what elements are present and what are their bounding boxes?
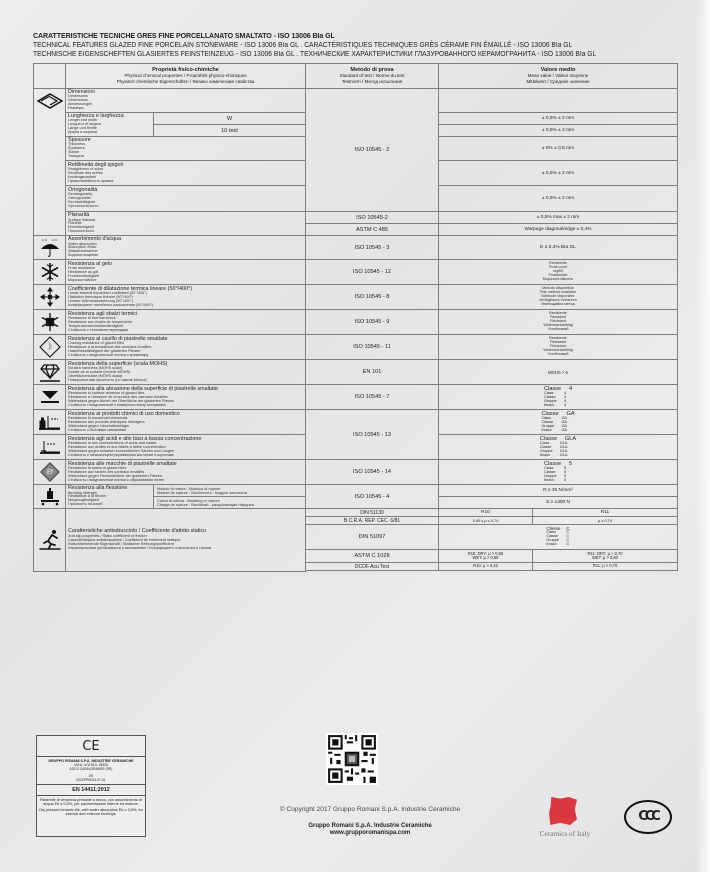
title-english-french: TECHNICAL FEATURES GLAZED FINE PORCELAIN… — [33, 40, 614, 49]
value-warpage: Warpage diagonal/edge ± 0,4% — [439, 224, 678, 236]
method-iso-10545-3: ISO 10545 - 3 — [306, 236, 439, 260]
table-row: Planarità Surface flatnessPlanéitéEbenfl… — [34, 212, 678, 224]
prop-crazing: Resistenza al cavillo di piastrelle smal… — [66, 335, 306, 360]
value-header: Valore medio Mean value / Valeur moyenne… — [439, 64, 678, 89]
table-row: Caratteristiche antisdrucciolo / Coeffic… — [34, 509, 678, 517]
value-empty — [439, 89, 678, 113]
prop-flatness: Planarità Surface flatnessPlanéitéEbenfl… — [66, 212, 306, 236]
prop-abrasion: Resistenza alla abrasione della superfic… — [66, 385, 306, 410]
gem-diamond-icon — [34, 360, 66, 385]
value-dcof-r11: R11: μ > 0,70 — [533, 563, 678, 571]
table-row: Coefficiente di dilatazione termica line… — [34, 285, 678, 310]
value-thermal-shock: ResistenteResistantRésistantWiderstandsf… — [439, 310, 678, 335]
method-iso-10545-9: ISO 10545 - 9 — [306, 310, 439, 335]
prop-household-chemicals: Resistenza ai prodotti chimici di uso do… — [66, 410, 306, 435]
prop-length-width: Lunghezza e larghezza Length and widthLo… — [66, 113, 154, 137]
value-stains-class: Classe5 Class5 Classe5 Gruppe5 Класс5 — [439, 460, 678, 485]
property-header: Proprietà fisico-chimiche Physical chemi… — [66, 64, 306, 89]
copyright-text: © Copyright 2017 Gruppo Romani S.p.A. In… — [240, 806, 500, 813]
value-modulus-rupture: R ≥ 35 N/mm² — [439, 485, 678, 497]
ce-codes: 05 001CPR0013-07-01 — [37, 774, 145, 785]
method-din-51130: DIN 51130 — [306, 509, 439, 517]
stain-icon: Ef — [34, 460, 66, 485]
value-flatness: ± 0,5% max ± 2 mm — [439, 212, 678, 224]
sub-10-test: 10 test — [154, 125, 306, 137]
company-website-link[interactable]: www.grupporomanispa.com — [240, 830, 500, 837]
method-iso-10545-14: ISO 10545 - 14 — [306, 460, 439, 485]
expansion-arrows-icon — [34, 285, 66, 310]
value-thermal-expansion: Metodo disponibileTest method availableM… — [439, 285, 678, 310]
icon-header — [34, 64, 66, 89]
prop-water-absorption: Assorbimento d'acqua Water absorptionAbs… — [66, 236, 306, 260]
prop-thermal-shock: Resistenza agli sbalzi termici Resistanc… — [66, 310, 306, 335]
prop-thickness: Spessore ThicknessÉpaisseurStärkeТолщина — [66, 137, 306, 161]
water-umbrella-icon — [34, 236, 66, 260]
table-row: Resistenza agli sbalzi termici Resistanc… — [34, 310, 678, 335]
table-row: Resistenza ai prodotti chimici di uso do… — [34, 410, 678, 435]
table-row: Resistenza alla abrasione della superfic… — [34, 385, 678, 410]
breaking-strength-label: Carico di rottura - Breaking of ruptureC… — [154, 497, 306, 509]
abrasion-weight-icon — [34, 385, 66, 410]
ccc-certification-icon: CCC — [624, 800, 672, 834]
prop-dimensions: Dimensioni DimensionsDimensionsAbmessung… — [66, 89, 306, 113]
value-household-class: ClasseGA ClassGA ClasseGA GruppeGA Класс… — [439, 410, 678, 435]
value-rectangularity: ± 0,5% ± 2 mm — [439, 186, 678, 212]
sub-w: W — [154, 113, 306, 125]
method-bcra: B.C.R.A. REP. CEC. 6/81 — [306, 517, 439, 525]
ce-description-it: Piastrelle di ceramica pressate a secco,… — [37, 796, 145, 806]
ce-norm: EN 14411:2012 — [37, 785, 145, 796]
company-block: Gruppo Romani S.p.A. Industrie Ceramiche… — [240, 823, 500, 836]
value-din51130-r10: R10 — [439, 509, 533, 517]
value-dcof-r10: R10: μ > 0,42 — [439, 563, 533, 571]
table-row: Resistenza alla flessione Bending streng… — [34, 485, 678, 497]
thermal-shock-icon — [34, 310, 66, 335]
method-iso-10545-7: ISO 10545 - 7 — [306, 385, 439, 410]
title-italian: CARATTERISTICHE TECNICHE GRES FINE PORCE… — [33, 31, 647, 40]
ceramics-of-italy-mark-icon — [549, 797, 577, 825]
method-iso-10545-12: ISO 10545 - 12 — [306, 260, 439, 285]
method-iso-10545-11: ISO 10545 - 11 — [306, 335, 439, 360]
table-row: Resistenza al cavillo di piastrelle smal… — [34, 335, 678, 360]
value-crazing: ResistenteResistantRésistantWiderstandsf… — [439, 335, 678, 360]
table-row: Resistenza della superficie (scala MOHS)… — [34, 360, 678, 385]
table-row: Resistenza al gelo Frost resistanceRésis… — [34, 260, 678, 285]
modulus-of-rupture-label: Modulo di rottura - Modulus of ruptureMo… — [154, 485, 306, 497]
prop-thermal-expansion: Coefficiente di dilatazione termica line… — [66, 285, 306, 310]
bending-icon — [34, 485, 66, 509]
value-water-absorption: E ≤ 0,3% BIa GL — [439, 236, 678, 260]
prop-scratch-hardness: Resistenza della superficie (scala MOHS)… — [66, 360, 306, 385]
snowflake-icon — [34, 260, 66, 285]
value-astm-r10: R10: DRY: μ > 0,60WET: μ > 0,50 — [439, 550, 533, 563]
household-chemical-icon — [34, 410, 66, 435]
prop-frost-resistance: Resistenza al gelo Frost resistanceRésis… — [66, 260, 306, 285]
ceramics-of-italy-label: Ceramics of Italy — [530, 829, 600, 838]
value-din51097-class: ClasseC ClassC ClasseC GruppeC КлассC — [439, 525, 678, 550]
value-bcra-r10: 0,40 ≤ μ ≤ 0,74 — [439, 517, 533, 525]
value-length-1: ± 0,5% ± 2 mm — [439, 113, 678, 125]
prop-stains: Resistenza alle macchie di piastrelle sm… — [66, 460, 306, 485]
prop-rectangularity: Ortogonalità RectangularityOrthogonalité… — [66, 186, 306, 212]
method-iso-10545-2-flatness: ISO 10545-2 — [306, 212, 439, 224]
method-iso-10545-2: ISO 10545 - 2 — [306, 89, 439, 212]
qr-code-icon[interactable] — [326, 733, 378, 785]
table-row: Dimensioni DimensionsDimensionsAbmessung… — [34, 89, 678, 113]
ce-description-en: Dry pressed ceramic tile, with water abs… — [37, 806, 145, 816]
prop-straightness: Rettilineità degli spigoli Straightness … — [66, 161, 306, 186]
page-edge — [696, 0, 710, 872]
technical-features-table: Proprietà fisico-chimiche Physical chemi… — [33, 63, 678, 572]
prop-bending-strength: Resistenza alla flessione Bending streng… — [66, 485, 154, 509]
value-mohs: MOHS > 6 — [439, 360, 678, 385]
value-breaking-strength: S ≥ 1300 N — [439, 497, 678, 509]
value-acids-class: ClasseGLA ClassGLA ClasseGLA GruppeGLA К… — [439, 435, 678, 460]
value-length-2: ± 0,5% ± 2 mm — [439, 125, 678, 137]
method-dcof: DCOF Acu Test — [306, 563, 439, 571]
value-bcra-r11: μ ≥ 0,74 — [533, 517, 678, 525]
ce-mark-icon: CE — [37, 736, 145, 757]
table-row: Ef Resistenza alle macchie di piastrelle… — [34, 460, 678, 485]
ceramics-of-italy-logo: Ceramics of Italy — [530, 793, 600, 843]
crazing-diamond-icon — [34, 335, 66, 360]
value-din51130-r11: R11 — [533, 509, 678, 517]
table-row: Assorbimento d'acqua Water absorptionAbs… — [34, 236, 678, 260]
sheet-titles: CARATTERISTICHE TECNICHE GRES FINE PORCE… — [33, 31, 693, 58]
method-iso-10545-4: ISO 10545 - 4 — [306, 485, 439, 509]
method-iso-10545-13: ISO 10545 - 13 — [306, 410, 439, 460]
svg-text:Ef: Ef — [47, 469, 54, 476]
table-header-row: Proprietà fisico-chimiche Physical chemi… — [34, 64, 678, 89]
value-abrasion-class: Classe4 Class4 Classe4 Gruppe4 Класс4 — [439, 385, 678, 410]
title-german-russian: TECHNISCHE EIGENSCHEFTEN GLASIERTES FEIN… — [33, 49, 614, 58]
value-thickness: ± 5% ± 0,5 mm — [439, 137, 678, 161]
tile-dimension-icon — [34, 89, 66, 236]
prop-acids-bases: Resistenza agli acidi e alle basi a bass… — [66, 435, 306, 460]
method-din-51097: DIN 51097 — [306, 525, 439, 550]
slipping-person-icon — [34, 509, 66, 572]
method-astm-c1028: ASTM C 1028 — [306, 550, 439, 563]
method-en-101: EN 101 — [306, 360, 439, 385]
ce-address-2: 42013 CASALGRANDE (RE) — [37, 767, 145, 771]
acid-base-icon — [34, 435, 66, 460]
method-header: Metodo di prova Standard of test / Norme… — [306, 64, 439, 89]
value-frost: ResistenteFrost proofIngélifFrostsicherМ… — [439, 260, 678, 285]
method-iso-10545-8: ISO 10545 - 8 — [306, 285, 439, 310]
technical-sheet: CARATTERISTICHE TECNICHE GRES FINE PORCE… — [0, 0, 710, 872]
value-straightness: ± 0,5% ± 2 mm — [439, 161, 678, 186]
method-astm-c485: ASTM C 485 — [306, 224, 439, 236]
prop-anti-slip: Caratteristiche antisdrucciolo / Coeffic… — [66, 509, 306, 572]
value-astm-r11: R11: DRY: μ > 0,70WET: μ > 0,60 — [533, 550, 678, 563]
ce-label: CE GRUPPO ROMANI S.P.A. INDUSTRIE CERAMI… — [36, 735, 146, 837]
